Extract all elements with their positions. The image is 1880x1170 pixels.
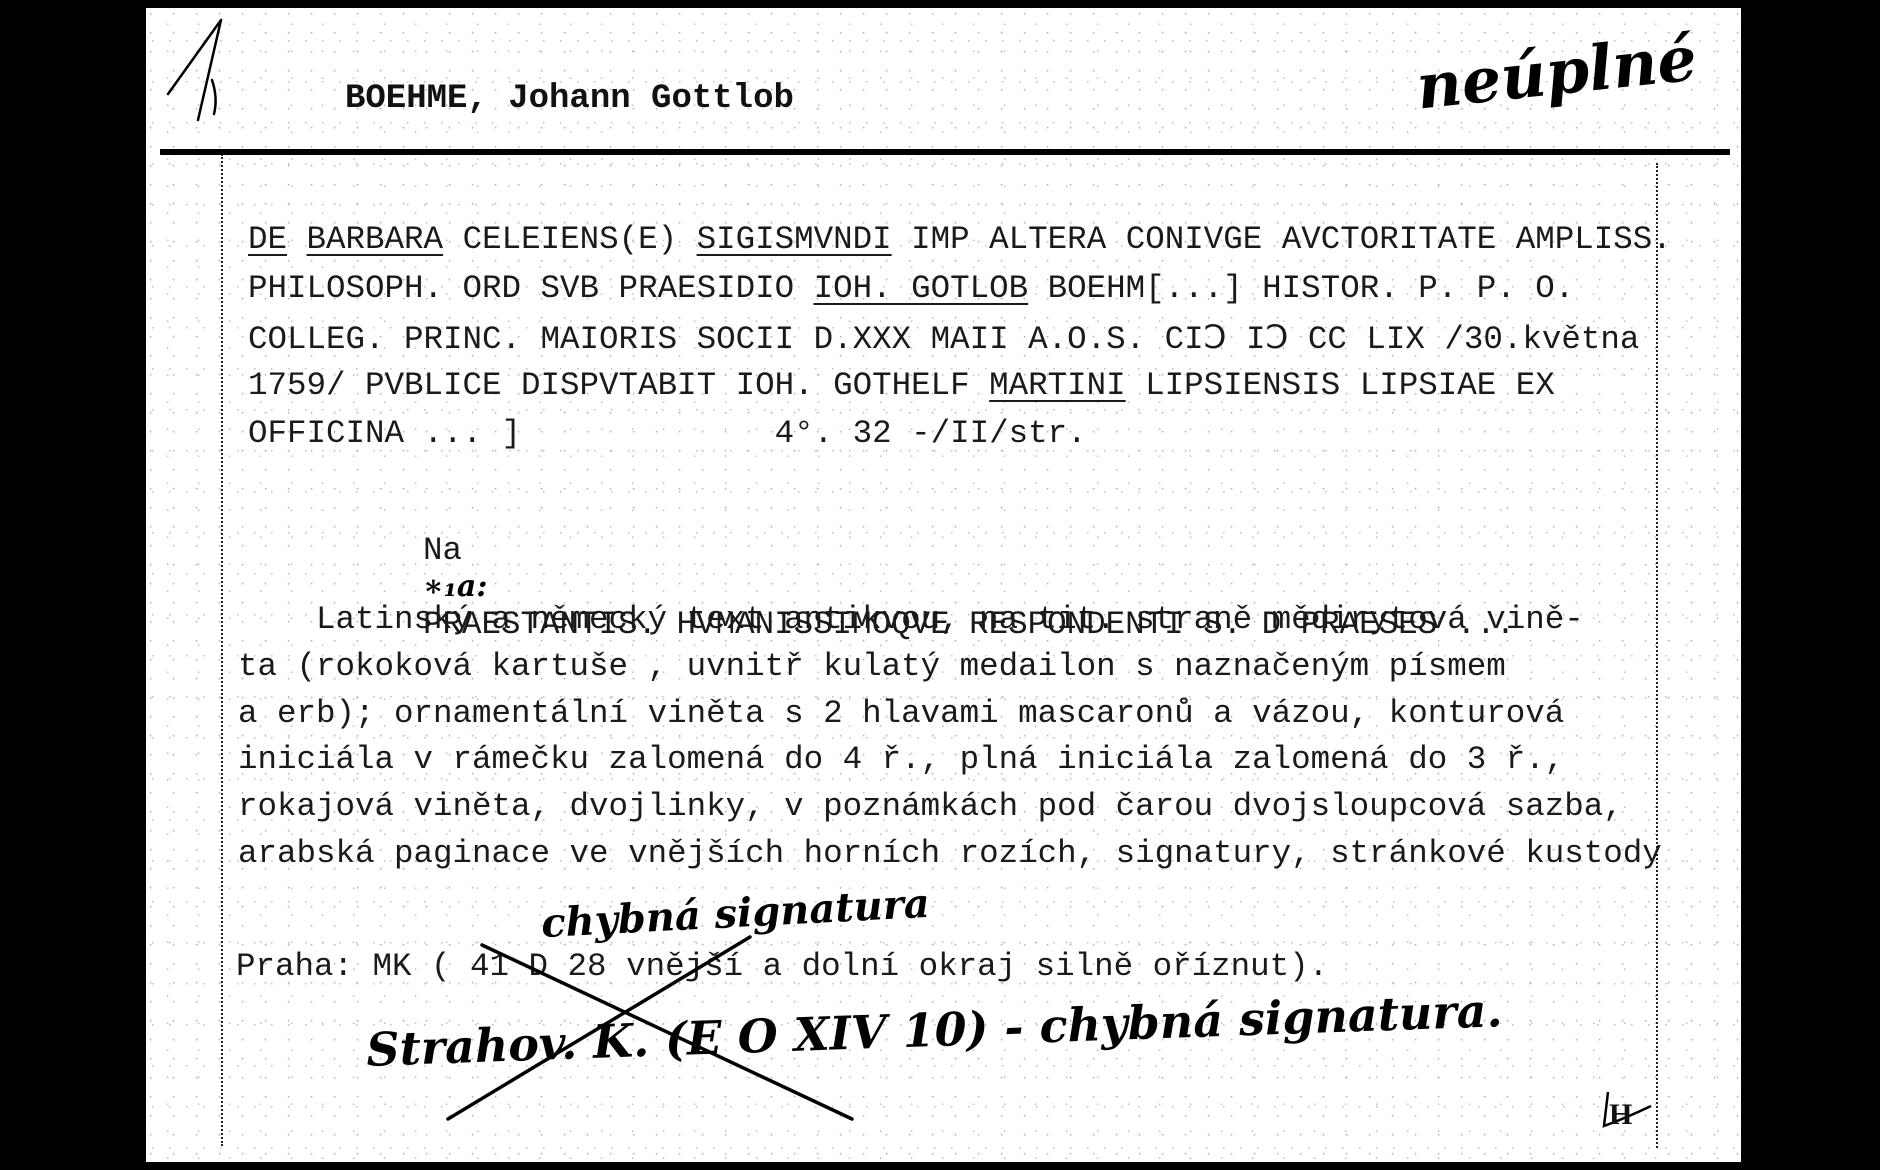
title-text: OFFICINA ... ] 4°. 32 -/II/str. <box>248 415 1087 452</box>
title-text <box>287 221 307 258</box>
underlined-term: IOH. GOTLOB <box>814 270 1029 307</box>
title-line: PHILOSOPH. ORD SVB PRAESIDIO IOH. GOTLOB… <box>248 270 1574 307</box>
title-text: LIPSIENSIS LIPSIAE EX <box>1126 367 1555 404</box>
underlined-term: BARBARA <box>307 221 444 258</box>
catalog-card: BOEHME, Johann Gottlob neúplné DE BARBAR… <box>146 8 1741 1162</box>
description-line: ta (rokoková kartuše , uvnitř kulatý med… <box>238 648 1506 685</box>
underlined-term: SIGISMVNDI <box>697 221 892 258</box>
title-text: IMP ALTERA CONIVGE AVCTORITATE AMPLISS. <box>892 221 1672 258</box>
title-text: PHILOSOPH. ORD SVB PRAESIDIO <box>248 270 814 307</box>
underlined-term: MARTINI <box>989 367 1126 404</box>
description-line: Latinský a německý text antikvou, na tit… <box>238 601 1584 638</box>
description-line: a erb); ornamentální viněta s 2 hlavami … <box>238 695 1564 732</box>
signature-mark: ∗₁a: <box>423 569 487 604</box>
holdings-line: Praha: MK ( 41 D 28 vnější a dolní okraj… <box>236 948 1328 985</box>
description-line: rokajová viněta, dvojlinky, v poznámkách… <box>238 788 1623 825</box>
title-text: 1759/ PVBLICE DISPVTABIT IOH. GOTHELF <box>248 367 989 404</box>
handwritten-correction-above: chybná signatura <box>540 880 931 947</box>
underlined-term: DE <box>248 221 287 258</box>
description-line: iniciála v rámečku zalomená do 4 ř., pln… <box>238 741 1564 778</box>
handwritten-status-note: neúplné <box>1413 22 1700 124</box>
right-margin-line <box>1656 163 1658 1148</box>
dedication-prefix: Na <box>423 532 462 569</box>
title-line: OFFICINA ... ] 4°. 32 -/II/str. <box>248 415 1087 452</box>
header-divider <box>160 149 1730 155</box>
title-text: COLLEG. PRINC. MAIORIS SOCII D.XXX MAII … <box>248 321 1639 358</box>
title-text: CELEIENS(E) <box>443 221 697 258</box>
title-line: COLLEG. PRINC. MAIORIS SOCII D.XXX MAII … <box>248 318 1639 358</box>
title-line: 1759/ PVBLICE DISPVTABIT IOH. GOTHELF MA… <box>248 367 1555 404</box>
corner-mark: H <box>1609 1098 1632 1132</box>
handwritten-holdings-note: Strahov. K. (E O XIV 10) - chybná signat… <box>365 983 1503 1077</box>
author-name-heading: BOEHME, Johann Gottlob <box>345 80 794 118</box>
description-line: arabská paginace ve vnějších horních roz… <box>238 835 1662 872</box>
title-text: BOEHM[...] HISTOR. P. P. O. <box>1028 270 1574 307</box>
left-margin-line <box>221 154 223 1146</box>
title-line: DE BARBARA CELEIENS(E) SIGISMVNDI IMP AL… <box>248 221 1672 258</box>
